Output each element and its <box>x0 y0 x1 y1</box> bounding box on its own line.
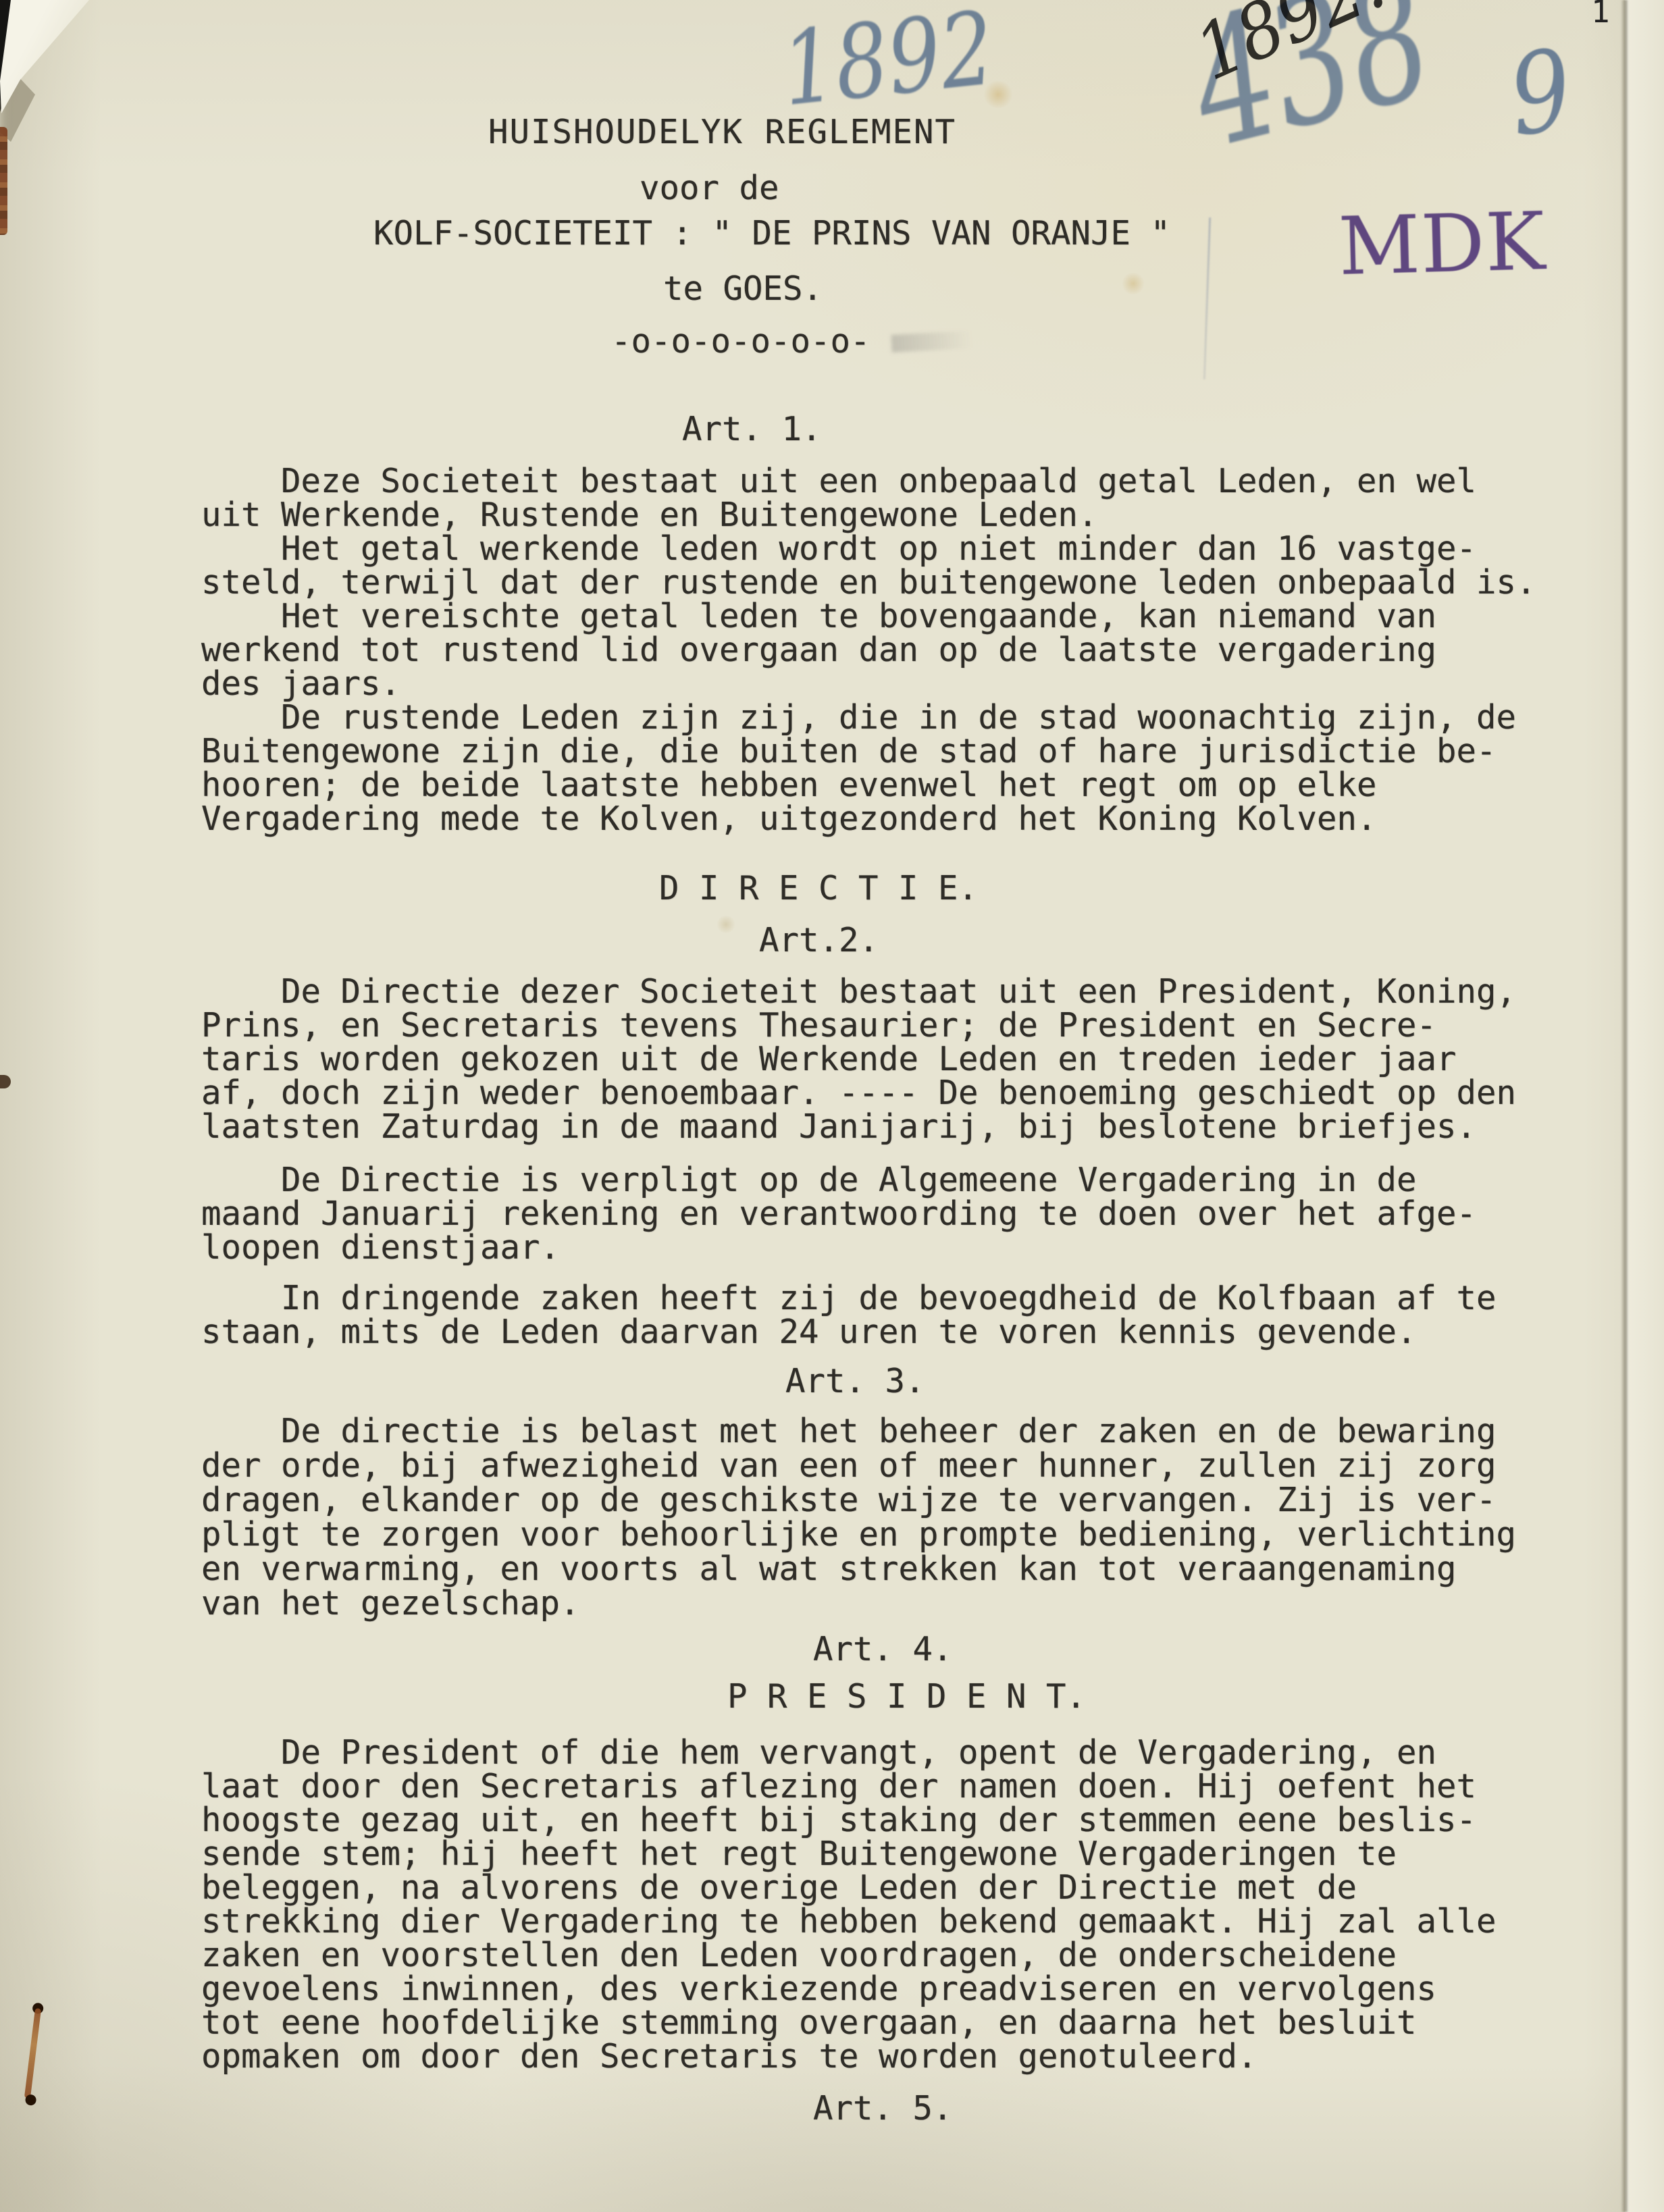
title-subtitle: voor de <box>640 172 779 205</box>
article-2-heading: Art.2. <box>759 924 879 957</box>
text-line: hooren; de beide laatste hebben evenwel … <box>201 768 1536 802</box>
article-3-body: De directie is belast met het beheer der… <box>201 1414 1516 1621</box>
president-section-heading: P R E S I D E N T. <box>727 1680 1086 1714</box>
place-line: te GOES. <box>663 272 823 306</box>
text-line: der orde, bij afwezigheid van een of mee… <box>201 1448 1516 1483</box>
text-line: De Directie is verpligt op de Algemeene … <box>201 1163 1476 1197</box>
rust-spot <box>0 1075 11 1088</box>
text-line: Vergadering mede te Kolven, uitgezonderd… <box>201 802 1536 836</box>
paper-stain <box>716 916 736 933</box>
text-line: De President of die hem vervangt, opent … <box>201 1736 1497 1770</box>
pencil-stroke <box>1203 217 1211 379</box>
text-line: laat door den Secretaris aflezing der na… <box>201 1770 1497 1803</box>
text-line: staan, mits de Leden daarvan 24 uren te … <box>201 1315 1497 1349</box>
article-5-heading: Art. 5. <box>813 2092 953 2126</box>
directie-section-heading: D I R E C T I E. <box>659 872 978 905</box>
text-line: loopen dienstjaar. <box>201 1231 1476 1265</box>
text-line: des jaars. <box>201 667 1536 701</box>
text-line: dragen, elkander op de geschikste wijze … <box>201 1483 1516 1517</box>
article-1-heading: Art. 1. <box>682 413 822 446</box>
pencil-smudge <box>891 330 993 352</box>
ornamental-divider: -o-o-o-o-o-o- <box>611 325 870 359</box>
corner-page-number: 1 <box>1591 0 1610 30</box>
document-page: 1892. 1892 438 9 1 MDK HUISHOUDELYK REGL… <box>0 0 1664 2212</box>
document-title: HUISHOUDELYK REGLEMENT <box>488 115 956 149</box>
text-line: Buitengewone zijn die, die buiten de sta… <box>201 735 1536 768</box>
text-line: laatsten Zaturdag in de maand Janijarij,… <box>201 1110 1516 1144</box>
staple-rust-streak <box>21 2002 45 2104</box>
rust-streak-bar <box>24 2008 41 2099</box>
text-line: Deze Societeit bestaat uit een onbepaald… <box>201 465 1536 498</box>
mdk-ink-stamp: MDK <box>1337 194 1546 293</box>
article-4-heading: Art. 4. <box>813 1633 953 1666</box>
staple-hole <box>25 2094 37 2106</box>
text-line: Het getal werkende leden wordt op niet m… <box>201 532 1536 566</box>
article-3-heading: Art. 3. <box>785 1365 925 1398</box>
text-line: zaken en voorstellen den Leden voordrage… <box>201 1939 1497 1972</box>
text-line: hoogste gezag uit, en heeft bij staking … <box>201 1803 1497 1837</box>
society-name-line: KOLF-SOCIETEIT : " DE PRINS VAN ORANJE " <box>373 217 1170 251</box>
text-line: beleggen, na alvorens de overige Leden d… <box>201 1871 1497 1905</box>
text-line: In dringende zaken heeft zij de bevoegdh… <box>201 1282 1497 1315</box>
text-line: strekking dier Vergadering te hebben bek… <box>201 1905 1497 1939</box>
handwritten-year-pencil: 1892 <box>777 0 999 129</box>
text-line: Het vereischte getal leden te bovengaand… <box>201 600 1536 633</box>
text-line: taris worden gekozen uit de Werkende Led… <box>201 1043 1516 1076</box>
article-4-body: De President of die hem vervangt, opent … <box>201 1736 1497 2074</box>
text-line: pligt te zorgen voor behoorlijke en prom… <box>201 1517 1516 1552</box>
article-2-paragraph-3: In dringende zaken heeft zij de bevoegdh… <box>201 1282 1497 1349</box>
text-line: maand Januarij rekening en verantwoordin… <box>201 1197 1476 1231</box>
rust-binding-mark <box>0 127 7 235</box>
text-line: De rustende Leden zijn zij, die in de st… <box>201 701 1536 735</box>
text-line: van het gezelschap. <box>201 1586 1516 1621</box>
article-2-paragraph-1: De Directie dezer Societeit bestaat uit … <box>201 975 1516 1144</box>
text-line: steld, terwijl dat der rustende en buite… <box>201 566 1536 600</box>
handwritten-mark-nine: 9 <box>1503 25 1578 161</box>
text-line: uit Werkende, Rustende en Buitengewone L… <box>201 498 1536 532</box>
text-line: en verwarming, en voorts al wat strekken… <box>201 1552 1516 1586</box>
text-line: af, doch zijn weder benoembaar. ---- De … <box>201 1076 1516 1110</box>
text-line: opmaken om door den Secretaris te worden… <box>201 2040 1497 2074</box>
page-edge-shadow <box>1621 0 1629 2212</box>
underlying-page-edge <box>1625 0 1664 2212</box>
text-line: sende stem; hij heeft het regt Buitengew… <box>201 1837 1497 1871</box>
text-line: gevoelens inwinnen, des verkiezende prea… <box>201 1972 1497 2006</box>
text-line: De Directie dezer Societeit bestaat uit … <box>201 975 1516 1009</box>
paper-stain <box>1121 273 1145 294</box>
text-line: tot eene hoofdelijke stemming overgaan, … <box>201 2006 1497 2040</box>
article-2-paragraph-2: De Directie is verpligt op de Algemeene … <box>201 1163 1476 1265</box>
text-line: Prins, en Secretaris tevens Thesaurier; … <box>201 1009 1516 1043</box>
text-line: werkend tot rustend lid overgaan dan op … <box>201 633 1536 667</box>
article-1-body: Deze Societeit bestaat uit een onbepaald… <box>201 465 1536 836</box>
text-line: De directie is belast met het beheer der… <box>201 1414 1516 1448</box>
handwritten-archive-number: 438 <box>1172 0 1450 188</box>
